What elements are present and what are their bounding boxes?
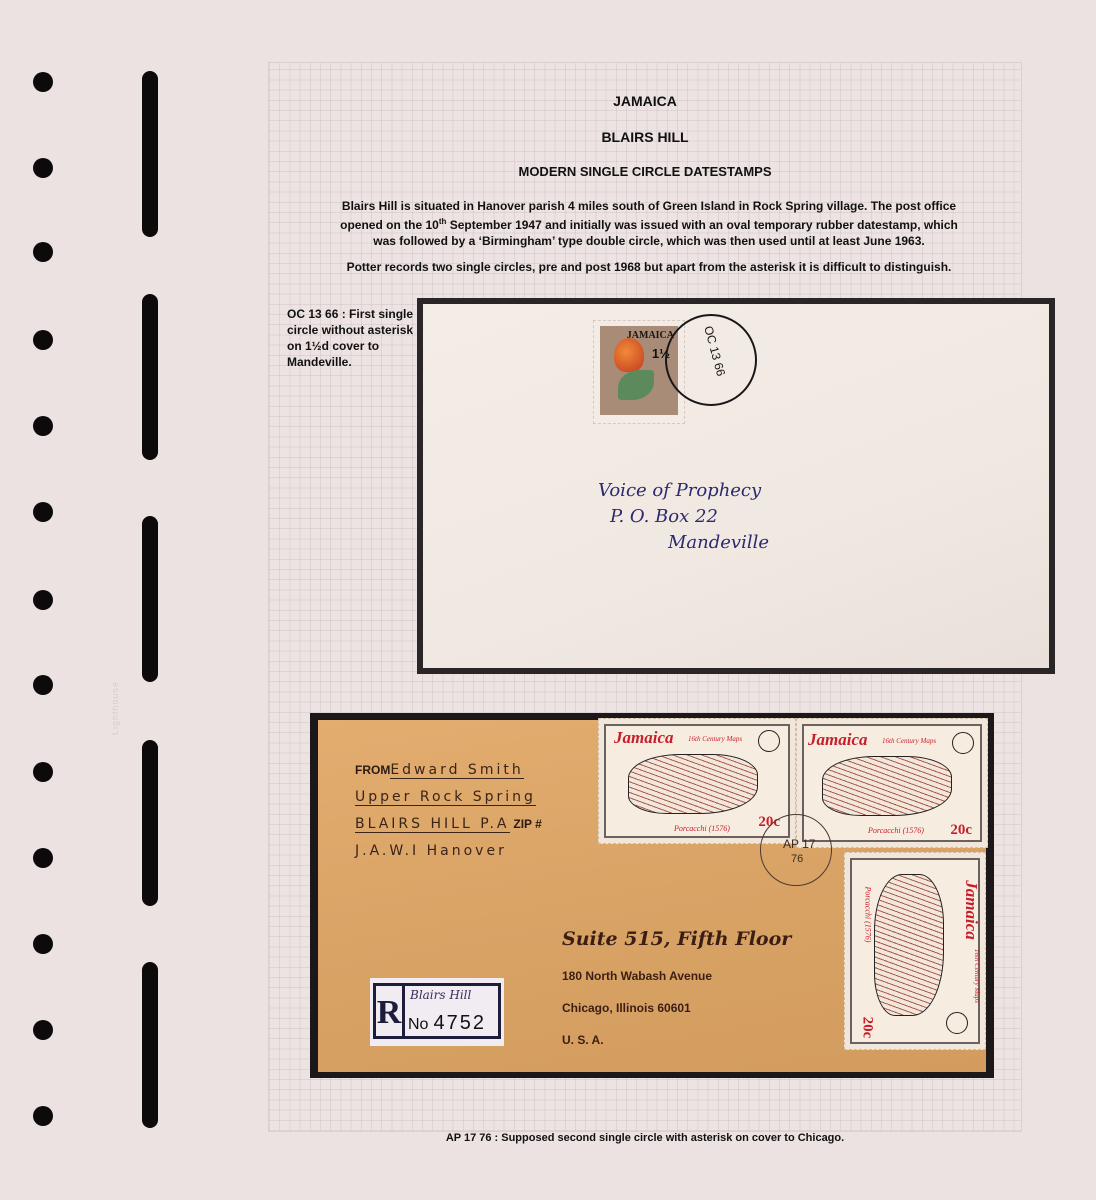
stamp-value: 20c: [950, 822, 972, 839]
stamp-series: 16th Century Maps: [688, 735, 742, 743]
binder-hole: [33, 675, 53, 695]
recipient-line: U. S. A.: [562, 1033, 791, 1047]
postmark-date: OC 13 66: [701, 324, 728, 377]
intro-line: was followed by a ‘Birmingham’ type doub…: [309, 233, 989, 249]
binder-hole: [33, 590, 53, 610]
intro-line: Blairs Hill is situated in Hanover paris…: [309, 198, 989, 214]
binder-hole: [33, 330, 53, 350]
jamaica-map-icon: [874, 874, 944, 1016]
binder-hole: [33, 934, 53, 954]
binder-hole: [33, 762, 53, 782]
stamp-caption: Porcacchi (1576): [868, 826, 924, 835]
zip-label: ZIP #: [513, 817, 541, 831]
watermark: Lighthouse: [110, 505, 134, 735]
compass-rose-icon: [758, 730, 780, 752]
cover1-caption: OC 13 66 : First single circle without a…: [287, 306, 417, 370]
binder-hole: [33, 416, 53, 436]
postmark-year: 76: [791, 853, 803, 865]
binder-hole: [33, 158, 53, 178]
stamp-country: Jamaica: [960, 880, 980, 940]
address-line: Mandeville: [598, 530, 769, 556]
sender-line: BLAIRS HILL P.A: [355, 816, 510, 833]
section-title: MODERN SINGLE CIRCLE DATESTAMPS: [269, 164, 1021, 179]
binder-slot: [142, 962, 158, 1128]
registration-office: Blairs Hill: [410, 988, 471, 1002]
stamp-country: Jamaica: [808, 730, 868, 750]
binder-hole: [33, 1106, 53, 1126]
ackee-flower-icon: [614, 338, 644, 372]
jamaica-map-icon: [628, 754, 758, 814]
binder-slot: [142, 516, 158, 682]
cover2-caption: AP 17 76 : Supposed second single circle…: [269, 1132, 1021, 1144]
binder-slot: [142, 294, 158, 460]
recipient-line: 180 North Wabash Avenue: [562, 969, 791, 983]
leaf-icon: [618, 370, 654, 400]
binder-slot: [142, 740, 158, 906]
stamp-country: JAMAICA: [627, 330, 674, 341]
postmark-blairs-hill-1976: AP 17 76: [760, 814, 832, 886]
cover1-address: Voice of Prophecy P. O. Box 22 Mandevill…: [598, 478, 769, 556]
registration-label: R Blairs Hill No 4752: [370, 978, 504, 1046]
recipient-line: Suite 515, Fifth Floor: [562, 928, 791, 950]
registration-number: No 4752: [408, 1012, 486, 1035]
postmark-date: AP 17: [783, 837, 815, 851]
compass-rose-icon: [946, 1012, 968, 1034]
sender-line: Edward Smith: [390, 762, 523, 779]
address-line: Voice of Prophecy: [598, 478, 769, 504]
stamp-country: Jamaica: [614, 728, 674, 748]
recipient-line: Chicago, Illinois 60601: [562, 1001, 791, 1015]
intro-paragraph: Blairs Hill is situated in Hanover paris…: [309, 198, 989, 249]
binder-hole: [33, 848, 53, 868]
address-line: P. O. Box 22: [598, 504, 769, 530]
intro-paragraph-2: Potter records two single circles, pre a…: [309, 260, 989, 274]
page-subtitle: BLAIRS HILL: [269, 129, 1021, 145]
binder-hole: [33, 502, 53, 522]
from-label: FROM: [355, 763, 390, 777]
stamp-caption: Porcacchi (1576): [863, 887, 872, 943]
recipient-block: Suite 515, Fifth Floor 180 North Wabash …: [562, 928, 791, 1047]
sender-block: FROMEdward Smith Upper Rock Spring BLAIR…: [355, 756, 542, 864]
sender-line: Upper Rock Spring: [355, 789, 536, 806]
binder-hole: [33, 242, 53, 262]
page-title: JAMAICA: [269, 93, 1021, 109]
registration-letter: R: [376, 986, 405, 1036]
stamp-20c-map: Jamaica 16th Century Maps Porcacchi (157…: [598, 718, 796, 844]
intro-line: opened on the 10th September 1947 and in…: [309, 214, 989, 233]
postmark-blairs-hill-1966: OC 13 66: [665, 314, 757, 406]
stamp-20c-map-vertical: Jamaica 16th Century Maps Porcacchi (157…: [844, 852, 986, 1050]
jamaica-map-icon: [822, 756, 952, 816]
stamp-series: 16th Century Maps: [882, 737, 936, 745]
compass-rose-icon: [952, 732, 974, 754]
stamp-series: 16th Century Maps: [973, 949, 981, 1003]
binder-slot: [142, 71, 158, 237]
binder-hole: [33, 72, 53, 92]
sender-line: J.A.W.I Hanover: [355, 843, 507, 859]
stamp-value: 20c: [858, 1017, 875, 1039]
binder-hole: [33, 1020, 53, 1040]
stamp-caption: Porcacchi (1576): [674, 824, 730, 833]
